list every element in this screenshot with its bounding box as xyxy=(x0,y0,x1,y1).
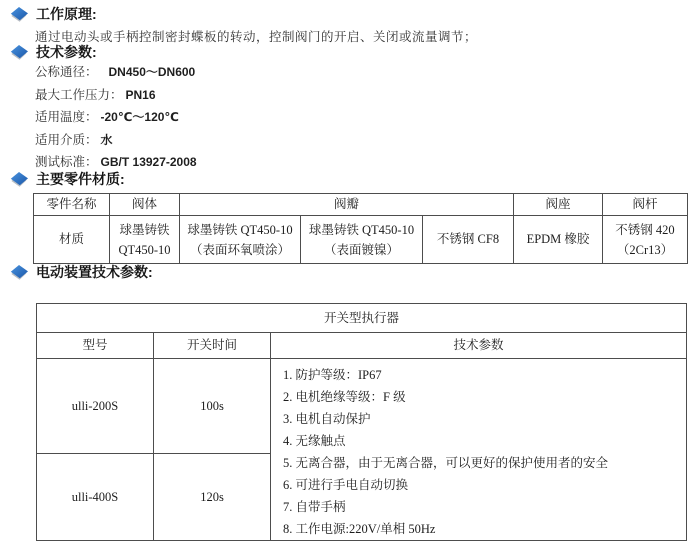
spec-document-page: 工作原理: 通过电动头或手柄控制密封蝶板的转动，控制阀门的开启、关闭或流量调节；… xyxy=(0,0,699,551)
cell-switch-time: 100s xyxy=(154,359,271,454)
param-value: 水 xyxy=(101,133,113,147)
actuator-row-200s: ulli-200S 100s 1. 防护等级：IP67 2. 电机绝缘等级：F … xyxy=(37,359,687,454)
actuator-table-header-row: 型号 开关时间 技术参数 xyxy=(37,333,687,359)
section-heading-tech-params: 技术参数: xyxy=(10,42,97,62)
param-label: 测试标准： xyxy=(35,155,98,169)
spec-item: 3. 电机自动保护 xyxy=(283,408,678,430)
cell-text: QT450-10 xyxy=(110,240,179,260)
param-value: GB/T 13927-2008 xyxy=(101,155,197,169)
param-max-pressure: 最大工作压力：PN16 xyxy=(35,84,197,107)
diamond-bullet-icon xyxy=(10,7,29,22)
header-valve-body: 阀体 xyxy=(110,194,180,216)
spec-item: 5. 无离合器，由于无离合器，可以更好的保护使用者的安全 xyxy=(283,452,678,474)
cell-disc-material-nickel: 球墨铸铁 QT450-10 （表面镀镍） xyxy=(301,216,423,264)
header-switch-time: 开关时间 xyxy=(154,333,271,359)
param-nominal-diameter: 公称通径：DN450～DN600 xyxy=(35,61,197,84)
section-heading-principle: 工作原理: xyxy=(10,4,97,24)
param-medium: 适用介质：水 xyxy=(35,129,197,152)
param-label: 公称通径： xyxy=(35,65,98,79)
cell-text: 球墨铸铁 QT450-10 xyxy=(301,220,422,240)
spec-item: 6. 可进行手电自动切换 xyxy=(283,474,678,496)
cell-disc-material-epoxy: 球墨铸铁 QT450-10 （表面环氧喷涂） xyxy=(180,216,301,264)
cell-row-label: 材质 xyxy=(34,216,110,264)
spec-item: 7. 自带手柄 xyxy=(283,496,678,518)
cell-model: ulli-200S xyxy=(37,359,154,454)
cell-model: ulli-400S xyxy=(37,454,154,541)
header-valve-seat: 阀座 xyxy=(514,194,603,216)
param-label: 适用温度： xyxy=(35,110,98,124)
cell-switch-time: 120s xyxy=(154,454,271,541)
param-temperature: 适用温度：-20℃～120℃ xyxy=(35,106,197,129)
header-part-name: 零件名称 xyxy=(34,194,110,216)
cell-text: 不锈钢 420 xyxy=(603,220,687,240)
diamond-bullet-icon xyxy=(10,265,29,280)
actuator-table-title: 开关型执行器 xyxy=(37,304,687,333)
actuator-table-title-row: 开关型执行器 xyxy=(37,304,687,333)
param-value: -20℃～120℃ xyxy=(101,110,179,124)
cell-body-material: 球墨铸铁 QT450-10 xyxy=(110,216,180,264)
header-tech-specs: 技术参数 xyxy=(271,333,687,359)
spec-item: 8. 工作电源:220V/单相 50Hz xyxy=(283,518,678,540)
materials-table: 零件名称 阀体 阀瓣 阀座 阀杆 材质 球墨铸铁 QT450-10 球墨铸铁 Q… xyxy=(33,193,688,264)
cell-text: 球墨铸铁 xyxy=(110,220,179,240)
cell-text: （表面环氧喷涂） xyxy=(180,240,300,260)
spec-item: 2. 电机绝缘等级：F 级 xyxy=(283,386,678,408)
spec-item: 1. 防护等级：IP67 xyxy=(283,364,678,386)
materials-table-data-row: 材质 球墨铸铁 QT450-10 球墨铸铁 QT450-10 （表面环氧喷涂） … xyxy=(34,216,688,264)
cell-text: （2Cr13） xyxy=(603,240,687,260)
section-heading-text: 工作原理: xyxy=(36,4,97,24)
header-model: 型号 xyxy=(37,333,154,359)
param-label: 适用介质： xyxy=(35,133,98,147)
param-value: DN450～DN600 xyxy=(109,65,196,79)
param-value: PN16 xyxy=(126,88,156,102)
principle-body-text: 通过电动头或手柄控制密封蝶板的转动，控制阀门的开启、关闭或流量调节； xyxy=(35,27,477,45)
cell-text: （表面镀镍） xyxy=(301,240,422,260)
section-heading-text: 主要零件材质: xyxy=(36,169,125,189)
cell-disc-material-cf8: 不锈钢 CF8 xyxy=(423,216,514,264)
section-heading-actuator: 电动装置技术参数: xyxy=(10,262,153,282)
header-valve-stem: 阀杆 xyxy=(603,194,688,216)
actuator-table: 开关型执行器 型号 开关时间 技术参数 ulli-200S 100s 1. 防护… xyxy=(36,303,687,541)
cell-stem-material: 不锈钢 420 （2Cr13） xyxy=(603,216,688,264)
cell-text: 球墨铸铁 QT450-10 xyxy=(180,220,300,240)
header-valve-disc: 阀瓣 xyxy=(180,194,514,216)
cell-seat-material: EPDM 橡胶 xyxy=(514,216,603,264)
materials-table-header-row: 零件名称 阀体 阀瓣 阀座 阀杆 xyxy=(34,194,688,216)
diamond-bullet-icon xyxy=(10,45,29,60)
spec-item: 4. 无缘触点 xyxy=(283,430,678,452)
cell-tech-specs-list: 1. 防护等级：IP67 2. 电机绝缘等级：F 级 3. 电机自动保护 4. … xyxy=(271,359,687,541)
section-heading-text: 电动装置技术参数: xyxy=(36,262,153,282)
diamond-bullet-icon xyxy=(10,172,29,187)
section-heading-materials: 主要零件材质: xyxy=(10,169,125,189)
section-heading-text: 技术参数: xyxy=(36,42,97,62)
param-label: 最大工作压力： xyxy=(35,88,123,102)
tech-params-list: 公称通径：DN450～DN600 最大工作压力：PN16 适用温度：-20℃～1… xyxy=(35,61,197,174)
